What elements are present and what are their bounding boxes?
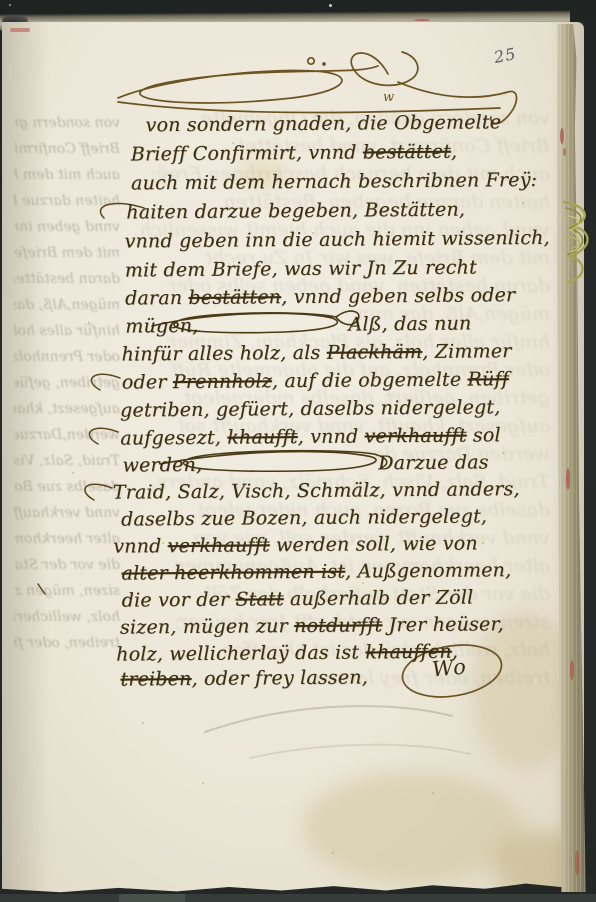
text-segment: mügen, xyxy=(125,315,198,338)
manuscript-line: hinfür alles holz, als Plackhäm, Zimmer xyxy=(121,339,511,366)
text-segment: , oder frey lassen, xyxy=(191,666,368,690)
text-segment: getriben, gefüert, daselbs nidergelegt, xyxy=(120,396,501,421)
text-segment: holz, wellicherlaÿ das ist xyxy=(116,641,365,665)
manuscript-line: alter heerkhommen ist, Außgenommen, xyxy=(121,558,511,585)
text-segment: Statt xyxy=(235,588,283,610)
text-segment: mit dem Briefe, was wir Jn Zu recht xyxy=(125,256,477,281)
manuscript-line: auch mit dem hernach beschribnen Freÿ: xyxy=(131,168,537,196)
text-segment: alter heerkhommen ist xyxy=(121,561,345,585)
text-segment: die vor der xyxy=(122,589,236,612)
text-segment: , Außgenommen, xyxy=(345,559,511,582)
manuscript-line: werden,Darzue das xyxy=(122,450,488,477)
text-segment: Plackhäm xyxy=(327,341,423,364)
edge-speckle xyxy=(563,148,566,156)
text-segment: Prennholz xyxy=(173,370,272,393)
text-segment: sol xyxy=(467,424,501,446)
manuscript-line: Traid, Salz, Visch, Schmälz, vnnd anders… xyxy=(113,477,520,505)
text-segment: außerhalb der Zöll xyxy=(284,586,474,610)
text-segment: Brieff Confirmirt, vnnd xyxy=(131,141,363,165)
manuscript-line: sizen, mügen zur notdurfft Jrer heüser, xyxy=(120,612,504,639)
text-segment: bestätten xyxy=(188,286,281,309)
text-segment: Darzue das xyxy=(378,451,489,474)
edge-speckle xyxy=(575,850,579,876)
text-segment: werden, xyxy=(122,454,202,477)
text-segment: haiten darzue begeben, Bestätten, xyxy=(126,199,465,224)
text-segment: sizen, mügen zur xyxy=(120,615,294,639)
text-segment: daselbs zue Bozen, auch nidergelegt, xyxy=(121,505,487,530)
manuscript-line: von sondern gnaden, die Obgemelte xyxy=(145,110,501,137)
text-segment: vnnd xyxy=(113,535,168,557)
text-segment: vnnd geben inn die auch hiemit wissenlic… xyxy=(125,227,550,253)
scan-tray-edge xyxy=(0,894,596,902)
text-segment: hinfür alles holz, als xyxy=(122,342,327,366)
manuscript-line: vnnd geben inn die auch hiemit wissenlic… xyxy=(125,226,550,254)
text-segment: daran xyxy=(125,287,189,310)
manuscript-line: aufgesezt, khaufft, vnnd verkhaufft sol xyxy=(120,423,501,450)
text-segment: , auf die obgemelte xyxy=(272,369,468,393)
text-segment: auch mit dem hernach beschribnen Freÿ: xyxy=(131,169,537,195)
flourish-gap xyxy=(202,469,378,471)
text-segment: verkhaufft xyxy=(168,534,270,557)
manuscript-line: oder Prennholz, auf die obgemelte Rüff xyxy=(122,367,509,394)
manuscript-line: die vor der Statt außerhalb der Zöll xyxy=(122,585,474,612)
scan-background: von sondern gnaden, die ObgemelteBrieff … xyxy=(0,0,596,902)
text-segment: , vnnd xyxy=(298,425,365,448)
manuscript-line: vnnd verkhaufft werden soll, wie von xyxy=(113,531,478,558)
text-segment: Jrer heüser, xyxy=(382,613,504,636)
manuscript-line: Brieff Confirmirt, vnnd bestättet, xyxy=(131,140,458,167)
manuscript-line: mit dem Briefe, was wir Jn Zu recht xyxy=(125,255,477,282)
text-segment: aufgesezt, xyxy=(120,427,227,450)
manuscript-text-block: von sondern gnaden, die ObgemelteBrieff … xyxy=(0,0,596,902)
text-segment: bestättet xyxy=(363,141,451,164)
text-segment: werden soll, wie von xyxy=(270,532,478,556)
text-segment: Traid, Salz, Visch, Schmälz, vnnd anders… xyxy=(113,478,520,504)
flourish-gap xyxy=(199,331,349,332)
text-segment: verkhaufft xyxy=(364,425,466,448)
manuscript-line: mügen,Alß, das nun xyxy=(125,312,471,339)
text-segment: notdurfft xyxy=(294,614,382,637)
edge-speckle xyxy=(570,660,574,680)
edge-speckle xyxy=(566,468,570,490)
catchword: Wo xyxy=(431,655,468,682)
manuscript-line: haiten darzue begeben, Bestätten, xyxy=(126,198,465,225)
manuscript-line: daran bestätten, vnnd geben selbs oder xyxy=(125,283,515,310)
text-segment: , xyxy=(451,141,457,163)
manuscript-line: treiben, oder frey lassen, xyxy=(120,665,368,691)
text-segment: oder xyxy=(122,371,173,393)
bookmark-ribbon xyxy=(562,186,596,290)
manuscript-line: holz, wellicherlaÿ das ist khauffen, xyxy=(116,640,458,667)
manuscript-line: getriben, gefüert, daselbs nidergelegt, xyxy=(120,395,501,422)
edge-speckle xyxy=(560,128,564,144)
manuscript-line: daselbs zue Bozen, auch nidergelegt, xyxy=(121,504,487,531)
text-segment: von sondern gnaden, die Obgemelte xyxy=(146,111,502,136)
margin-mark: w xyxy=(383,90,394,105)
text-segment: Rüff xyxy=(467,368,509,390)
text-segment: , vnnd geben selbs oder xyxy=(281,284,515,308)
text-segment: Alß, das nun xyxy=(348,313,471,336)
text-segment: , Zimmer xyxy=(422,340,512,363)
text-segment: treiben xyxy=(120,668,191,691)
text-segment: khaufft xyxy=(227,426,298,449)
